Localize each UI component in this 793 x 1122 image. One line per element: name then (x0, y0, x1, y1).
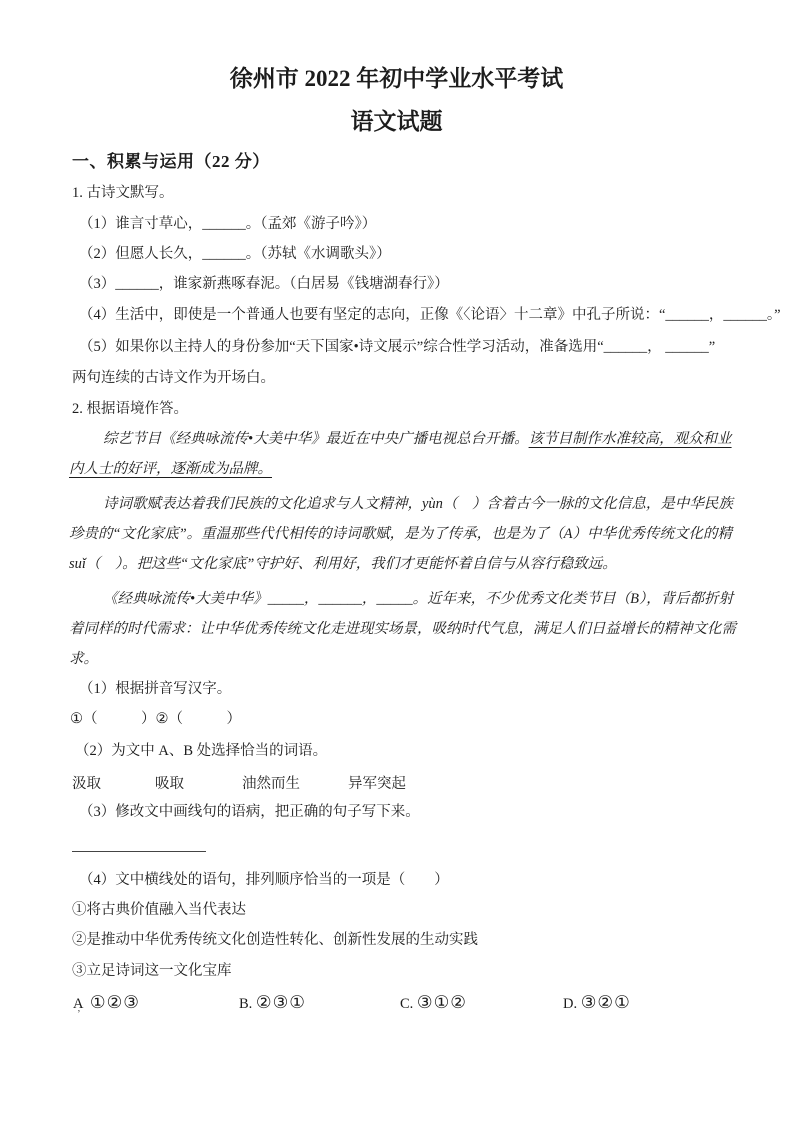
q2-stem: 2. 根据语境作答。 (72, 400, 188, 419)
word-choice-youranersheng: 油然而生 (242, 772, 300, 793)
q1-item-4: （4）生活中，即使是一个普通人也要有坚定的志向，正像《〈论语〉十二章》中孔子所说… (79, 306, 781, 325)
q2-paragraph3-line1: 《经典咏流传•大美中华》_____，______，_____。近年来，不少优秀文… (103, 590, 733, 609)
option-b: B. ②③① (239, 992, 306, 1013)
q2-paragraph3-line2: 着同样的时代需求：让中华优秀传统文化走进现实场景，吸纳时代气息，满足人们日益增长… (69, 620, 736, 639)
option-d: D. ③②① (563, 992, 631, 1013)
paragraph1-underlined-text: 该节目制作水准较高，观众和业 (529, 431, 732, 447)
q2-sub4-stem: （4）文中横线处的语句，排列顺序恰当的一项是（ ） (79, 871, 449, 890)
option-c-label: C. (400, 996, 413, 1012)
option-a-sequence: ①②③ (90, 992, 140, 1012)
q2-sub2-stem: （2）为文中 A、B 处选择恰当的词语。 (75, 742, 327, 761)
sequence-item-2: ②是推动中华优秀传统文化创造性转化、创新性发展的生动实践 (72, 931, 478, 950)
q1-item-5-continuation: 两句连续的古诗文作为开场白。 (72, 369, 275, 388)
q2-sub1-answer-slots: ①（ ）②（ ） (70, 710, 241, 729)
section-heading: 一、积累与运用（22 分） (72, 152, 270, 172)
option-a: A ①②③ (73, 992, 140, 1013)
q1-item-5: （5）如果你以主持人的身份参加“天下国家•诗文展示”综合性学习活动，准备选用“_… (79, 338, 715, 357)
q2-paragraph1-line2-underlined: 内人士的好评，逐渐成为品牌。 (69, 460, 272, 479)
word-choice-xiqu: 吸取 (155, 772, 184, 793)
q2-sub3-stem: （3）修改文中画线句的语病，把正确的句子写下来。 (79, 803, 420, 822)
exam-paper-page: 徐州市 2022 年初中学业水平考试 语文试题 一、积累与运用（22 分） 1.… (0, 0, 793, 1122)
option-d-sequence: ③②① (581, 992, 631, 1012)
sequence-item-1: ①将古典价值融入当代表达 (72, 901, 246, 920)
q2-paragraph3-line3: 求。 (69, 650, 98, 669)
option-c-sequence: ③①② (417, 992, 467, 1012)
answer-blank-line (72, 851, 206, 852)
q1-stem: 1. 古诗文默写。 (72, 184, 174, 203)
word-choice-jiqu: 汲取 (72, 772, 101, 793)
exam-subtitle: 语文试题 (0, 109, 793, 135)
option-b-sequence: ②③① (256, 992, 306, 1012)
q1-item-3: （3）______，谁家新燕啄春泥。（白居易《钱塘湖春行》） (79, 275, 449, 294)
q2-sub1-stem: （1）根据拼音写汉字。 (79, 680, 231, 699)
option-c: C. ③①② (400, 992, 467, 1013)
q1-item-2: （2）但愿人长久，______。（苏轼《水调歌头》） (79, 245, 391, 264)
q2-paragraph1-line1: 综艺节目《经典咏流传•大美中华》最近在中央广播电视总台开播。该节目制作水准较高，… (103, 430, 732, 449)
option-b-label: B. (239, 996, 252, 1012)
option-d-label: D. (563, 996, 577, 1012)
exam-title: 徐州市 2022 年初中学业水平考试 (0, 66, 793, 92)
paragraph1-plain-text: 综艺节目《经典咏流传•大美中华》最近在中央广播电视总台开播。 (103, 431, 529, 447)
q2-paragraph2-line3: suǐ（ ）。把这些“文化家底”守护好、利用好，我们才更能怀着自信与从容行稳致远… (69, 555, 617, 574)
q2-paragraph2-line1: 诗词歌赋表达着我们民族的文化追求与人文精神，yùn（ ）含着古今一脉的文化信息，… (103, 495, 733, 514)
sequence-item-3: ③立足诗词这一文化宝库 (72, 962, 232, 981)
word-choice-yijuntuqi: 异军突起 (348, 772, 406, 793)
q1-item-1: （1）谁言寸草心，______。（孟郊《游子吟》） (79, 215, 376, 234)
q2-paragraph2-line2: 珍贵的“文化家底”。重温那些代代相传的诗词歌赋，是为了传承，也是为了（A）中华优… (69, 525, 732, 544)
stray-mark: ’ (77, 1008, 81, 1020)
